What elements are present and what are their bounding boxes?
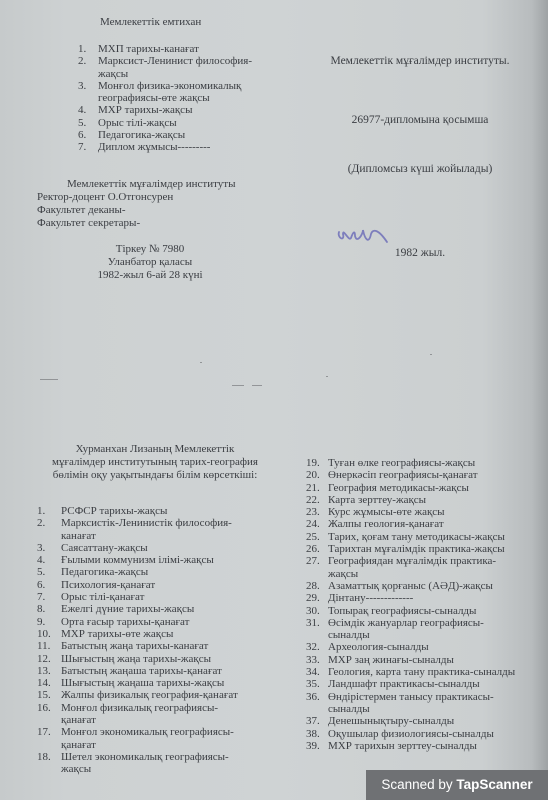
list-item-number: 38. xyxy=(306,728,320,740)
list-item-number: 33. xyxy=(306,654,320,666)
scanned-document-page: Мемлекеттік емтихан 1.МХП тарихы-канағат… xyxy=(0,0,548,800)
list-item: 13.Батыстың жаңаша тарихы-қанағат xyxy=(37,665,287,677)
list-item: 14.Шығыстың жаңаша тарихы-жақсы xyxy=(37,677,287,689)
list-item: 12.Шығыстың жаңа тарихы-жақсы xyxy=(37,653,287,665)
list-item-text: Географиядан мұғалімдік практика- жақсы xyxy=(328,555,546,580)
list-item-text: Педагогика-жақсы xyxy=(61,566,287,578)
institute-name-right: Мемлекеттік мұғалімдер институты. xyxy=(300,55,540,67)
list-item: 2.Марксистік-Ленинистік философия- канағ… xyxy=(37,517,287,542)
list-item-number: 15. xyxy=(37,689,51,701)
scanner-watermark: Scanned by TapScanner xyxy=(366,770,548,800)
list-item-text: Ландшафт практикасы-сыналды xyxy=(328,678,546,690)
list-item-number: 3. xyxy=(78,80,86,92)
list-item-number: 1. xyxy=(78,43,86,55)
list-item-number: 4. xyxy=(37,554,45,566)
list-item-text: Өндірістермен танысу практикасы- сыналды xyxy=(328,691,546,716)
list-item-text: Психология-қанағат xyxy=(61,579,287,591)
transcript-heading: Хурманхан Лизаның Мемлекеттік мұғалімдер… xyxy=(20,443,290,482)
list-item: 3.Саясаттану-жақсы xyxy=(37,542,287,554)
list-item-number: 37. xyxy=(306,715,320,727)
validity-note: (Дипломсыз күші жойылады) xyxy=(300,163,540,175)
dean-line: Факультет деканы- xyxy=(37,204,126,217)
list-item-number: 36. xyxy=(306,691,320,703)
list-item-number: 26. xyxy=(306,543,320,555)
list-item-number: 20. xyxy=(306,469,320,481)
list-item: 7.Диплом жұмысы--------- xyxy=(78,141,288,153)
list-item-text: Батыстың жаңа тарихы-канағат xyxy=(61,640,287,652)
list-item: 34.Геология, карта тану практика-сыналды xyxy=(306,666,546,678)
list-item-text: Жалпы физикалық география-қанағат xyxy=(61,689,287,701)
list-item: 4.МХР тарихы-жақсы xyxy=(78,104,288,116)
list-item-text: Марксист-Ленинист философия- жақсы xyxy=(98,55,288,80)
transcript-heading-line: Хурманхан Лизаның Мемлекеттік xyxy=(20,443,290,456)
list-item: 19.Туған өлке географиясы-жақсы xyxy=(306,457,546,469)
list-item-text: Монғол экономикалық географиясы- қанағат xyxy=(61,726,287,751)
list-item-text: Топырақ географиясы-сыналды xyxy=(328,605,546,617)
list-item: 33.МХР заң жинағы-сыналды xyxy=(306,654,546,666)
list-item: 23.Курс жұмысы-өте жақсы xyxy=(306,506,546,518)
list-item-number: 29. xyxy=(306,592,320,604)
list-item-number: 7. xyxy=(37,591,45,603)
list-item-number: 3. xyxy=(37,542,45,554)
list-item-number: 6. xyxy=(78,129,86,141)
list-item: 5.Орыс тілі-жақсы xyxy=(78,117,288,129)
list-item-number: 14. xyxy=(37,677,51,689)
list-item: 30.Топырақ географиясы-сыналды xyxy=(306,605,546,617)
list-item-text: Ежелгі дүние тарихы-жақсы xyxy=(61,603,287,615)
list-item-text: Өсімдік жануарлар географиясы- сыналды xyxy=(328,617,546,642)
list-item: 2.Марксист-Ленинист философия- жақсы xyxy=(78,55,288,80)
list-item-text: Монғол физика-экономикалық географиясы-ө… xyxy=(98,80,288,105)
transcript-list-right: 19.Туған өлке географиясы-жақсы20.Өнеркә… xyxy=(306,457,546,752)
list-item: 22.Карта зерттеу-жақсы xyxy=(306,494,546,506)
list-item-text: Ғылыми коммунизм ілімі-жақсы xyxy=(61,554,287,566)
list-item-text: МХР тарихы-жақсы xyxy=(98,104,288,116)
city: Уланбатор қаласы xyxy=(60,256,240,269)
list-item-text: Курс жұмысы-өте жақсы xyxy=(328,506,546,518)
list-item: 18.Шетел экономикалық географиясы- жақсы xyxy=(37,751,287,776)
list-item-number: 31. xyxy=(306,617,320,629)
list-item-text: Карта зерттеу-жақсы xyxy=(328,494,546,506)
institute-name-left: Мемлекеттік мұғалімдер институты xyxy=(67,178,235,191)
watermark-prefix: Scanned by xyxy=(381,777,456,792)
list-item: 9.Орта ғасыр тарихы-қанағат xyxy=(37,616,287,628)
list-item-number: 12. xyxy=(37,653,51,665)
list-item: 21.География методикасы-жақсы xyxy=(306,482,546,494)
list-item: 39.МХР тарихын зерттеу-сыналды xyxy=(306,740,546,752)
list-item-text: Оқушылар физиологиясы-сыналды xyxy=(328,728,546,740)
list-item-text: МХР тарихын зерттеу-сыналды xyxy=(328,740,546,752)
list-item-number: 39. xyxy=(306,740,320,752)
list-item-text: Монғол физикалық географиясы- қанағат xyxy=(61,702,287,727)
state-exam-heading: Мемлекеттік емтихан xyxy=(100,16,201,29)
list-item-number: 27. xyxy=(306,555,320,567)
list-item: 26.Тарихтан мұғалімдік практика-жақсы xyxy=(306,543,546,555)
list-item-text: Диплом жұмысы--------- xyxy=(98,141,288,153)
list-item-number: 18. xyxy=(37,751,51,763)
list-item: 27.Географиядан мұғалімдік практика- жақ… xyxy=(306,555,546,580)
list-item-number: 24. xyxy=(306,518,320,530)
list-item-text: Орта ғасыр тарихы-қанағат xyxy=(61,616,287,628)
list-item: 1.МХП тарихы-канағат xyxy=(78,43,288,55)
list-item-number: 25. xyxy=(306,531,320,543)
list-item: 24.Жалпы геология-қанағат xyxy=(306,518,546,530)
transcript-heading-line: мұғалімдер институтының тарих-география xyxy=(20,456,290,469)
rector-line: Ректор-доцент О.Отгонсурен xyxy=(37,191,173,204)
list-item-text: Жалпы геология-қанағат xyxy=(328,518,546,530)
list-item: 5.Педагогика-жақсы xyxy=(37,566,287,578)
list-item-text: Археология-сыналды xyxy=(328,641,546,653)
list-item: 15.Жалпы физикалық география-қанағат xyxy=(37,689,287,701)
list-item-number: 7. xyxy=(78,141,86,153)
list-item-number: 21. xyxy=(306,482,320,494)
list-item-number: 22. xyxy=(306,494,320,506)
transcript-heading-line: бөлімін оқу уақытындағы білім көрсеткіші… xyxy=(20,469,290,482)
list-item-text: МХП тарихы-канағат xyxy=(98,43,288,55)
list-item-text: География методикасы-жақсы xyxy=(328,482,546,494)
list-item-number: 2. xyxy=(37,517,45,529)
list-item: 28.Азаматтық қорғаныс (АӘД)-жақсы xyxy=(306,580,546,592)
list-item-text: Орыс тілі-жақсы xyxy=(98,117,288,129)
list-item-number: 5. xyxy=(78,117,86,129)
list-item-text: Өнеркәсіп географиясы-қанағат xyxy=(328,469,546,481)
list-item-number: 9. xyxy=(37,616,45,628)
list-item-number: 30. xyxy=(306,605,320,617)
list-item: 4.Ғылыми коммунизм ілімі-жақсы xyxy=(37,554,287,566)
list-item-number: 2. xyxy=(78,55,86,67)
list-item-number: 13. xyxy=(37,665,51,677)
list-item: 37.Денешынықтыру-сыналды xyxy=(306,715,546,727)
list-item: 25.Тарих, қоғам тану методикасы-жақсы xyxy=(306,531,546,543)
list-item-text: РСФСР тарихы-жақсы xyxy=(61,505,287,517)
list-item: 32.Археология-сыналды xyxy=(306,641,546,653)
list-item-number: 10. xyxy=(37,628,51,640)
list-item-number: 17. xyxy=(37,726,51,738)
list-item-text: Геология, карта тану практика-сыналды xyxy=(328,666,546,678)
list-item-text: Дінтану------------- xyxy=(328,592,546,604)
list-item: 17.Монғол экономикалық географиясы- қана… xyxy=(37,726,287,751)
list-item: 38.Оқушылар физиологиясы-сыналды xyxy=(306,728,546,740)
list-item-number: 6. xyxy=(37,579,45,591)
year: 1982 жыл. xyxy=(300,247,540,259)
list-item-text: Туған өлке географиясы-жақсы xyxy=(328,457,546,469)
list-item: 20.Өнеркәсіп географиясы-қанағат xyxy=(306,469,546,481)
list-item-number: 16. xyxy=(37,702,51,714)
list-item: 3.Монғол физика-экономикалық географиясы… xyxy=(78,80,288,105)
list-item: 8.Ежелгі дүние тарихы-жақсы xyxy=(37,603,287,615)
list-item-number: 19. xyxy=(306,457,320,469)
list-item-number: 23. xyxy=(306,506,320,518)
list-item-text: Шығыстың жаңаша тарихы-жақсы xyxy=(61,677,287,689)
list-item-text: Орыс тілі-қанағат xyxy=(61,591,287,603)
list-item: 11.Батыстың жаңа тарихы-канағат xyxy=(37,640,287,652)
list-item-text: Шетел экономикалық географиясы- жақсы xyxy=(61,751,287,776)
list-item-number: 5. xyxy=(37,566,45,578)
list-item-text: МХР тарихы-өте жақсы xyxy=(61,628,287,640)
secretary-line: Факультет секретары- xyxy=(37,217,140,230)
list-item: 6.Психология-қанағат xyxy=(37,579,287,591)
registration-number: Тіркеу № 7980 xyxy=(60,243,240,256)
list-item-number: 32. xyxy=(306,641,320,653)
list-item: 35.Ландшафт практикасы-сыналды xyxy=(306,678,546,690)
list-item-text: Тарих, қоғам тану методикасы-жақсы xyxy=(328,531,546,543)
list-item-number: 11. xyxy=(37,640,50,652)
list-item-number: 34. xyxy=(306,666,320,678)
issue-date: 1982-жыл 6-ай 28 күні xyxy=(60,269,240,282)
list-item-number: 28. xyxy=(306,580,320,592)
list-item-text: Саясаттану-жақсы xyxy=(61,542,287,554)
state-exam-list: 1.МХП тарихы-канағат2.Марксист-Ленинист … xyxy=(78,43,288,154)
list-item-text: Батыстың жаңаша тарихы-қанағат xyxy=(61,665,287,677)
list-item: 6.Педагогика-жақсы xyxy=(78,129,288,141)
diploma-supplement: 26977-дипломына қосымша xyxy=(300,114,540,126)
list-item-text: Тарихтан мұғалімдік практика-жақсы xyxy=(328,543,546,555)
list-item-text: МХР заң жинағы-сыналды xyxy=(328,654,546,666)
list-item: 31.Өсімдік жануарлар географиясы- сыналд… xyxy=(306,617,546,642)
list-item-text: Педагогика-жақсы xyxy=(98,129,288,141)
list-item: 10.МХР тарихы-өте жақсы xyxy=(37,628,287,640)
transcript-list-left: 1.РСФСР тарихы-жақсы2.Марксистік-Ленинис… xyxy=(37,505,287,776)
watermark-brand: TapScanner xyxy=(456,777,532,792)
list-item: 36.Өндірістермен танысу практикасы- сына… xyxy=(306,691,546,716)
list-item-text: Денешынықтыру-сыналды xyxy=(328,715,546,727)
list-item-number: 8. xyxy=(37,603,45,615)
list-item: 29.Дінтану------------- xyxy=(306,592,546,604)
list-item: 16.Монғол физикалық географиясы- қанағат xyxy=(37,702,287,727)
list-item-number: 4. xyxy=(78,104,86,116)
list-item-number: 35. xyxy=(306,678,320,690)
list-item-text: Шығыстың жаңа тарихы-жақсы xyxy=(61,653,287,665)
list-item: 7.Орыс тілі-қанағат xyxy=(37,591,287,603)
list-item-number: 1. xyxy=(37,505,45,517)
list-item: 1.РСФСР тарихы-жақсы xyxy=(37,505,287,517)
list-item-text: Азаматтық қорғаныс (АӘД)-жақсы xyxy=(328,580,546,592)
list-item-text: Марксистік-Ленинистік философия- канағат xyxy=(61,517,287,542)
